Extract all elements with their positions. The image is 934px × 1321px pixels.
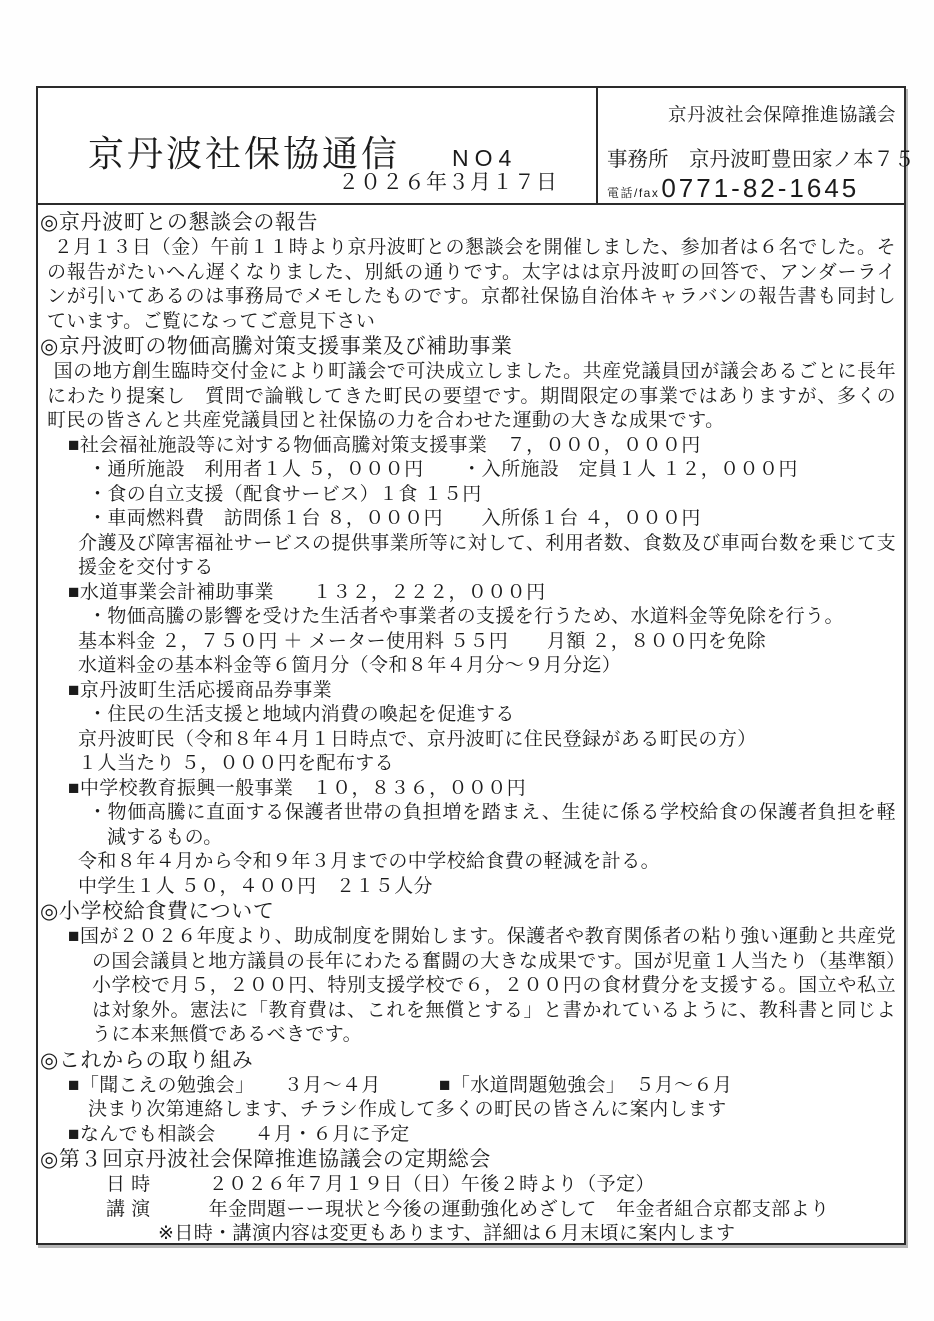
detail-line: ・車両燃料費 訪問係１台 ８，０００円 入所係１台 ４，０００円: [88, 507, 896, 532]
section-heading: ◎京丹波町の物価高騰対策支援事業及び補助事業: [40, 334, 896, 360]
detail-line: ・物価高騰の影響を受けた生活者や事業者の支援を行うため、水道料金等免除を行う。: [88, 605, 896, 630]
publisher-contact: 電話/fax 0771-82-1645: [607, 173, 896, 204]
event-lecture-line: 講 演 年金問題ーー現状と今後の運動強化めざして 年金者組合京都支部より: [106, 1198, 896, 1223]
note-line: １人当たり ５，０００円を配布する: [78, 752, 896, 777]
publisher-office-address: 事務所 京丹波町豊田家ノ本７５: [607, 142, 896, 172]
section-bukka-taisaku: ◎京丹波町の物価高騰対策支援事業及び補助事業 国の地方創生臨時交付金により町議会…: [40, 334, 896, 899]
newsletter-header: 京丹波社保協通信 NO4 ２０２６年３月１７日 京丹波社会保障推進協議会 事務所…: [38, 88, 904, 205]
header-title-block: 京丹波社保協通信 NO4 ２０２６年３月１７日: [38, 88, 596, 203]
program-item: ■なんでも相談会 ４月・６月に予定: [68, 1123, 896, 1148]
tel-fax-label: 電話/fax: [607, 184, 659, 201]
note-line: 決まり次第連絡します、チラシ作成して多くの町民の皆さんに案内します: [88, 1098, 896, 1123]
newsletter-body: ◎京丹波町との懇談会の報告 ２月１３日（金）午前１１時より京丹波町との懇談会を開…: [38, 205, 904, 1247]
scanned-newsletter-page: 京丹波社保協通信 NO4 ２０２６年３月１７日 京丹波社会保障推進協議会 事務所…: [0, 0, 934, 1321]
newsletter-document: 京丹波社保協通信 NO4 ２０２６年３月１７日 京丹波社会保障推進協議会 事務所…: [36, 86, 906, 1245]
program-item: ■中学校教育振興一般事業 １０，８３６，０００円: [68, 777, 896, 802]
note-line: 基本料金 ２，７５０円 ＋ メーター使用料 ５５円 月額 ２，８００円を免除: [78, 630, 896, 655]
section-korekara-torikumi: ◎これからの取り組み ■「聞こえの勉強会」 ３月～４月 ■「水道問題勉強会」 ５…: [40, 1048, 896, 1148]
section-teiki-sokai: ◎第３回京丹波社会保障推進協議会の定期総会 日 時 ２０２６年７月１９日（日）午…: [40, 1147, 896, 1247]
note-line: 京丹波町民（令和８年４月１日時点で、京丹波町に住民登録がある町民の方）: [78, 728, 896, 753]
section-heading: ◎京丹波町との懇談会の報告: [40, 210, 896, 236]
section-heading: ◎第３回京丹波社会保障推進協議会の定期総会: [40, 1147, 896, 1173]
publisher-name: 京丹波社会保障推進協議会: [607, 101, 896, 127]
paragraph: ２月１３日（金）午前１１時より京丹波町との懇談会を開催しました、参加者は６名でし…: [47, 236, 896, 334]
program-item: ■水道事業会計補助事業 １３２，２２２，０００円: [68, 581, 896, 606]
note-line: 中学生１人 ５０，４００円 ２１５人分: [78, 875, 896, 900]
event-remark-line: ※日時・講演内容は変更もあります、詳細は６月末頃に案内します: [158, 1222, 896, 1247]
note-line: 令和８年４月から令和９年３月までの中学校給食費の軽減を計る。: [78, 850, 896, 875]
issue-date: ２０２６年３月１７日: [338, 166, 558, 196]
detail-line: ・物価高騰に直面する保護者世帯の負担増を踏まえ、生徒に係る学校給食の保護者負担を…: [107, 801, 896, 850]
section-heading: ◎これからの取り組み: [40, 1048, 896, 1074]
publisher-block: 京丹波社会保障推進協議会 事務所 京丹波町豊田家ノ本７５ 電話/fax 0771…: [596, 88, 904, 203]
detail-line: ・住民の生活支援と地域内消費の喚起を促進する: [88, 703, 896, 728]
section-shogakko-kyushoku: ◎小学校給食費について ■国が２０２６年度より、助成制度を開始します。保護者や教…: [40, 899, 896, 1048]
note-line: 介護及び障害福祉サービスの提供事業所等に対して、利用者数、食数及び車両台数を乗じ…: [78, 532, 896, 581]
detail-line: ・通所施設 利用者１人 ５，０００円 ・入所施設 定員１人 １２，０００円: [88, 458, 896, 483]
program-item: ■京丹波町生活応援商品券事業: [68, 679, 896, 704]
paragraph: 国の地方創生臨時交付金により町議会で可決成立しました。共産党議員団が議会あるごと…: [47, 360, 896, 434]
program-item: ■「聞こえの勉強会」 ３月～４月 ■「水道問題勉強会」 ５月～６月: [68, 1074, 896, 1099]
section-heading: ◎小学校給食費について: [40, 899, 896, 925]
program-item: ■社会福祉施設等に対する物価高騰対策支援事業 ７，０００，０００円: [68, 434, 896, 459]
note-line: 水道料金の基本料金等６箇月分（令和８年４月分～９月分迄）: [78, 654, 896, 679]
program-item: ■国が２０２６年度より、助成制度を開始します。保護者や教育関係者の粘り強い運動と…: [92, 925, 896, 1048]
event-datetime-line: 日 時 ２０２６年７月１９日（日）午後２時より（予定）: [106, 1173, 896, 1198]
section-kondankai-report: ◎京丹波町との懇談会の報告 ２月１３日（金）午前１１時より京丹波町との懇談会を開…: [40, 210, 896, 334]
tel-fax-number: 0771-82-1645: [661, 173, 859, 204]
detail-line: ・食の自立支援（配食サービス）１食 １５円: [88, 483, 896, 508]
